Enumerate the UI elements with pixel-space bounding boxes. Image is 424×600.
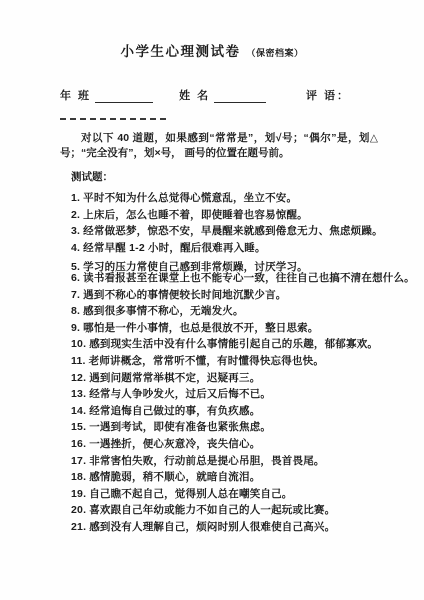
question-text: 喜欢跟自己年幼或能力不如自己的人一起玩或比赛。 [89, 504, 335, 516]
name-field-blank [214, 92, 266, 103]
question-row: 7.遇到不称心的事情便较长时间地沉默少言。 [71, 287, 424, 304]
question-text: 非常害怕失败，行动前总是提心吊胆，畏首畏尾。 [89, 455, 324, 467]
question-text: 经常早醒 1-2 小时，醒后很难再入睡。 [83, 242, 266, 254]
class-field-label: 年 班 [60, 90, 91, 103]
question-text: 读书看报甚至在课堂上也不能专心一致，往往自己也搞不清在想什么。 [83, 272, 415, 284]
confidential-label: （保密档案） [246, 48, 303, 58]
question-number: 18. [71, 471, 86, 483]
question-row: 11.老师讲概念，常常听不懂，有时懂得快忘得也快。 [71, 353, 424, 370]
title-row: 小学生心理测试卷（保密档案） [0, 0, 424, 61]
question-text: 一遇到考试，即使有准备也紧张焦虑。 [89, 421, 271, 433]
question-number: 16. [71, 438, 86, 450]
question-text: 经常追悔自己做过的事，有负疚感。 [89, 405, 260, 417]
question-number: 9. [71, 322, 80, 334]
question-text: 经常与人争吵发火，过后又后悔不已。 [89, 388, 271, 400]
question-number: 4. [71, 242, 80, 254]
question-number: 14. [71, 405, 86, 417]
question-number: 21. [71, 521, 86, 533]
question-text: 上床后，怎么也睡不着，即使睡着也容易惊醒。 [83, 209, 308, 221]
question-row: 21.感到没有人理解自己，烦闷时别人很难使自己高兴。 [71, 519, 424, 536]
question-row: 10.感到现实生活中没有什么事情能引起自己的乐趣，郁郁寡欢。 [71, 336, 424, 353]
question-number: 12. [71, 372, 86, 384]
class-field-blank [95, 92, 153, 103]
question-number: 20. [71, 504, 86, 516]
question-text: 遇到问题常常举棋不定，迟疑再三。 [89, 372, 260, 384]
question-text: 经常做恶梦，惊恐不安，早晨醒来就感到倦怠无力、焦虑烦躁。 [83, 225, 383, 237]
question-number: 6. [71, 272, 80, 284]
question-number: 7. [71, 289, 80, 301]
question-row: 12.遇到问题常常举棋不定，迟疑再三。 [71, 370, 424, 387]
question-row: 18.感情脆弱，稍不顺心，就暗自流泪。 [71, 469, 424, 486]
question-row: 2.上床后，怎么也睡不着，即使睡着也容易惊醒。 [71, 207, 424, 224]
question-row: 17.非常害怕失败，行动前总是提心吊胆，畏首畏尾。 [71, 453, 424, 470]
question-row: 9.哪怕是一件小事情，也总是很放不开，整日思索。 [71, 320, 424, 337]
name-field-label: 姓 名 [179, 90, 210, 103]
question-row: 4.经常早醒 1-2 小时，醒后很难再入睡。 [71, 240, 424, 257]
question-text: 一遇挫折，便心灰意冷，丧失信心。 [89, 438, 260, 450]
question-text: 感到现实生活中没有什么事情能引起自己的乐趣，郁郁寡欢。 [89, 338, 378, 350]
question-list: 1.平时不知为什么总觉得心慌意乱，坐立不安。2.上床后，怎么也睡不着，即使睡着也… [71, 190, 424, 535]
question-number: 10. [71, 338, 86, 350]
comment-field-label: 评 语： [306, 90, 350, 103]
section-label: 测试题： [71, 171, 424, 184]
question-text: 平时不知为什么总觉得心慌意乱，坐立不安。 [83, 192, 297, 204]
question-text: 老师讲概念，常常听不懂，有时懂得快忘得也快。 [89, 355, 324, 367]
question-text: 遇到不称心的事情便较长时间地沉默少言。 [83, 289, 286, 301]
document-page: 小学生心理测试卷（保密档案） 年 班 姓 名 评 语： 对以下 40 道题，如果… [0, 0, 424, 600]
section-divider [60, 118, 166, 120]
question-number: 2. [71, 209, 80, 221]
question-text: 感到很多事情不称心，无端发火。 [83, 305, 244, 317]
question-text: 哪怕是一件小事情，也总是很放不开，整日思索。 [83, 322, 318, 334]
question-number: 17. [71, 455, 86, 467]
question-number: 13. [71, 388, 86, 400]
question-row: 1.平时不知为什么总觉得心慌意乱，坐立不安。 [71, 190, 424, 207]
question-row: 14.经常追悔自己做过的事，有负疚感。 [71, 403, 424, 420]
question-number: 19. [71, 488, 86, 500]
question-text: 自己瞧不起自己，觉得别人总在嘲笑自己。 [89, 488, 292, 500]
instructions-text: 对以下 40 道题，如果感到“常常是”，划√号；“偶尔”是，划△号；“完全没有”… [60, 131, 378, 161]
question-row: 3.经常做恶梦，惊恐不安，早晨醒来就感到倦怠无力、焦虑烦躁。 [71, 223, 424, 240]
question-text: 感到没有人理解自己，烦闷时别人很难使自己高兴。 [89, 521, 335, 533]
question-row: 15.一遇到考试，即使有准备也紧张焦虑。 [71, 419, 424, 436]
header-form-row: 年 班 姓 名 评 语： [60, 90, 350, 103]
question-row: 16.一遇挫折，便心灰意冷，丧失信心。 [71, 436, 424, 453]
question-row: 20.喜欢跟自己年幼或能力不如自己的人一起玩或比赛。 [71, 502, 424, 519]
document-title: 小学生心理测试卷 [120, 44, 240, 59]
question-number: 1. [71, 192, 80, 204]
question-row: 8.感到很多事情不称心，无端发火。 [71, 303, 424, 320]
question-row: 19.自己瞧不起自己，觉得别人总在嘲笑自己。 [71, 486, 424, 503]
question-text: 感情脆弱，稍不顺心，就暗自流泪。 [89, 471, 260, 483]
question-row: 6.读书看报甚至在课堂上也不能专心一致，往往自己也搞不清在想什么。 [71, 270, 424, 287]
question-number: 11. [71, 355, 86, 367]
question-row: 13.经常与人争吵发火，过后又后悔不已。 [71, 386, 424, 403]
question-number: 3. [71, 225, 80, 237]
question-number: 15. [71, 421, 86, 433]
question-number: 8. [71, 305, 80, 317]
